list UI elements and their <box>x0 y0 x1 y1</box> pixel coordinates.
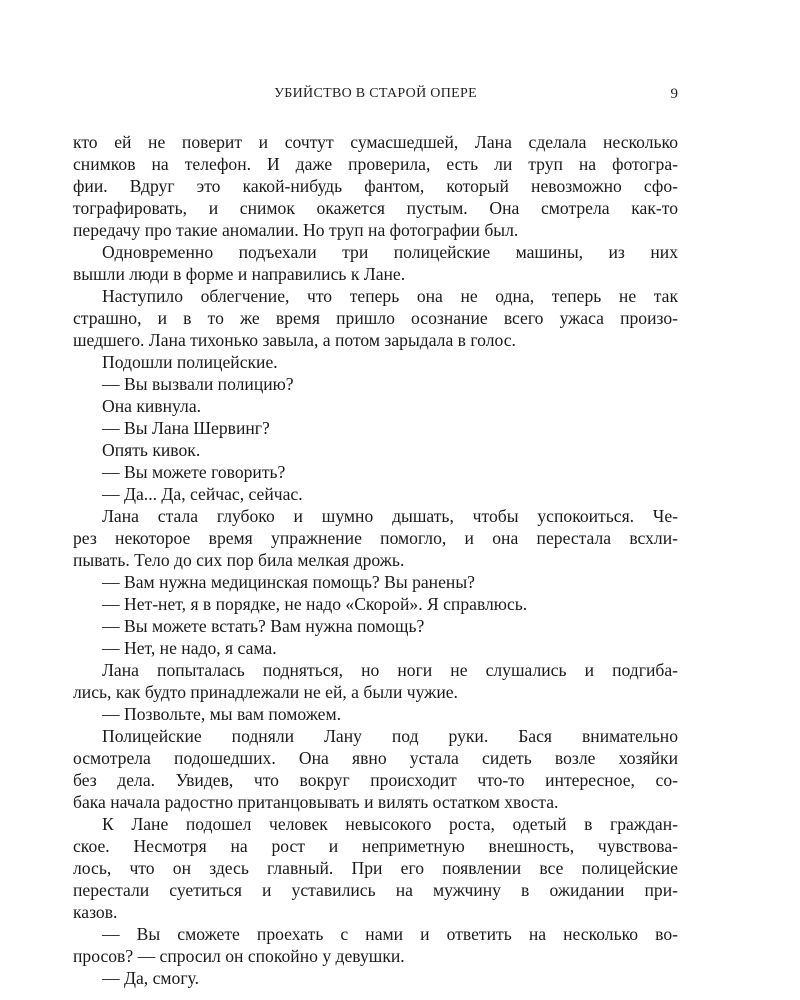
text-line: — Вы можете встать? Вам нужна помощь? <box>73 615 678 637</box>
text-line: — Да... Да, сейчас, сейчас. <box>73 483 678 505</box>
text-line: — Да, смогу. <box>73 967 678 989</box>
text-line: пывать. Тело до сих пор била мелкая дрож… <box>73 549 678 571</box>
text-line: передачу про такие аномалии. Но труп на … <box>73 219 678 241</box>
text-line: К Лане подошел человек невысокого роста,… <box>73 813 678 835</box>
text-line: шедшего. Лана тихонько завыла, а потом з… <box>73 329 678 351</box>
text-line: казов. <box>73 901 678 923</box>
text-line: — Вы вызвали полицию? <box>73 373 678 395</box>
text-line: рез некоторое время упражнение помогло, … <box>73 527 678 549</box>
text-line: — Нет, не надо, я сама. <box>73 637 678 659</box>
text-line: перестали суетиться и уставились на мужч… <box>73 879 678 901</box>
text-line: — Вы Лана Шервинг? <box>73 417 678 439</box>
text-line: Одновременно подъехали три полицейские м… <box>73 241 678 263</box>
text-line: снимков на телефон. И даже проверила, ес… <box>73 153 678 175</box>
running-head: УБИЙСТВО В СТАРОЙ ОПЕРЕ 9 <box>73 86 678 108</box>
text-line: лись, как будто принадлежали не ей, а бы… <box>73 681 678 703</box>
page-number: 9 <box>671 86 679 103</box>
running-title: УБИЙСТВО В СТАРОЙ ОПЕРЕ <box>73 86 678 102</box>
text-line: осмотрела подошедших. Она явно устала си… <box>73 747 678 769</box>
text-line: — Вы сможете проехать с нами и ответить … <box>73 923 678 945</box>
text-line: кто ей не поверит и сочтут сумасшедшей, … <box>73 131 678 153</box>
book-page: УБИЙСТВО В СТАРОЙ ОПЕРЕ 9 кто ей не пове… <box>0 0 800 1000</box>
text-line: — Нет-нет, я в порядке, не надо «Скорой»… <box>73 593 678 615</box>
text-line: тографировать, и снимок окажется пустым.… <box>73 197 678 219</box>
text-line: — Позвольте, мы вам поможем. <box>73 703 678 725</box>
text-line: Подошли полицейские. <box>73 351 678 373</box>
text-line: Полицейские подняли Лану под руки. Бася … <box>73 725 678 747</box>
text-line: Она кивнула. <box>73 395 678 417</box>
text-line: Лана стала глубоко и шумно дышать, чтобы… <box>73 505 678 527</box>
text-line: фии. Вдруг это какой-нибудь фантом, кото… <box>73 175 678 197</box>
text-line: вышли люди в форме и направились к Лане. <box>73 263 678 285</box>
text-line: лось, что он здесь главный. При его появ… <box>73 857 678 879</box>
text-line: Лана попыталась подняться, но ноги не сл… <box>73 659 678 681</box>
body-text: кто ей не поверит и сочтут сумасшедшей, … <box>73 131 678 989</box>
text-line: Опять кивок. <box>73 439 678 461</box>
text-line: — Вы можете говорить? <box>73 461 678 483</box>
text-line: Наступило облегчение, что теперь она не … <box>73 285 678 307</box>
text-line: без дела. Увидев, что вокруг происходит … <box>73 769 678 791</box>
text-line: просов? — спросил он спокойно у девушки. <box>73 945 678 967</box>
text-line: — Вам нужна медицинская помощь? Вы ранен… <box>73 571 678 593</box>
text-line: ское. Несмотря на рост и неприметную вне… <box>73 835 678 857</box>
text-line: страшно, и в то же время пришло осознани… <box>73 307 678 329</box>
text-line: бака начала радостно пританцовывать и ви… <box>73 791 678 813</box>
